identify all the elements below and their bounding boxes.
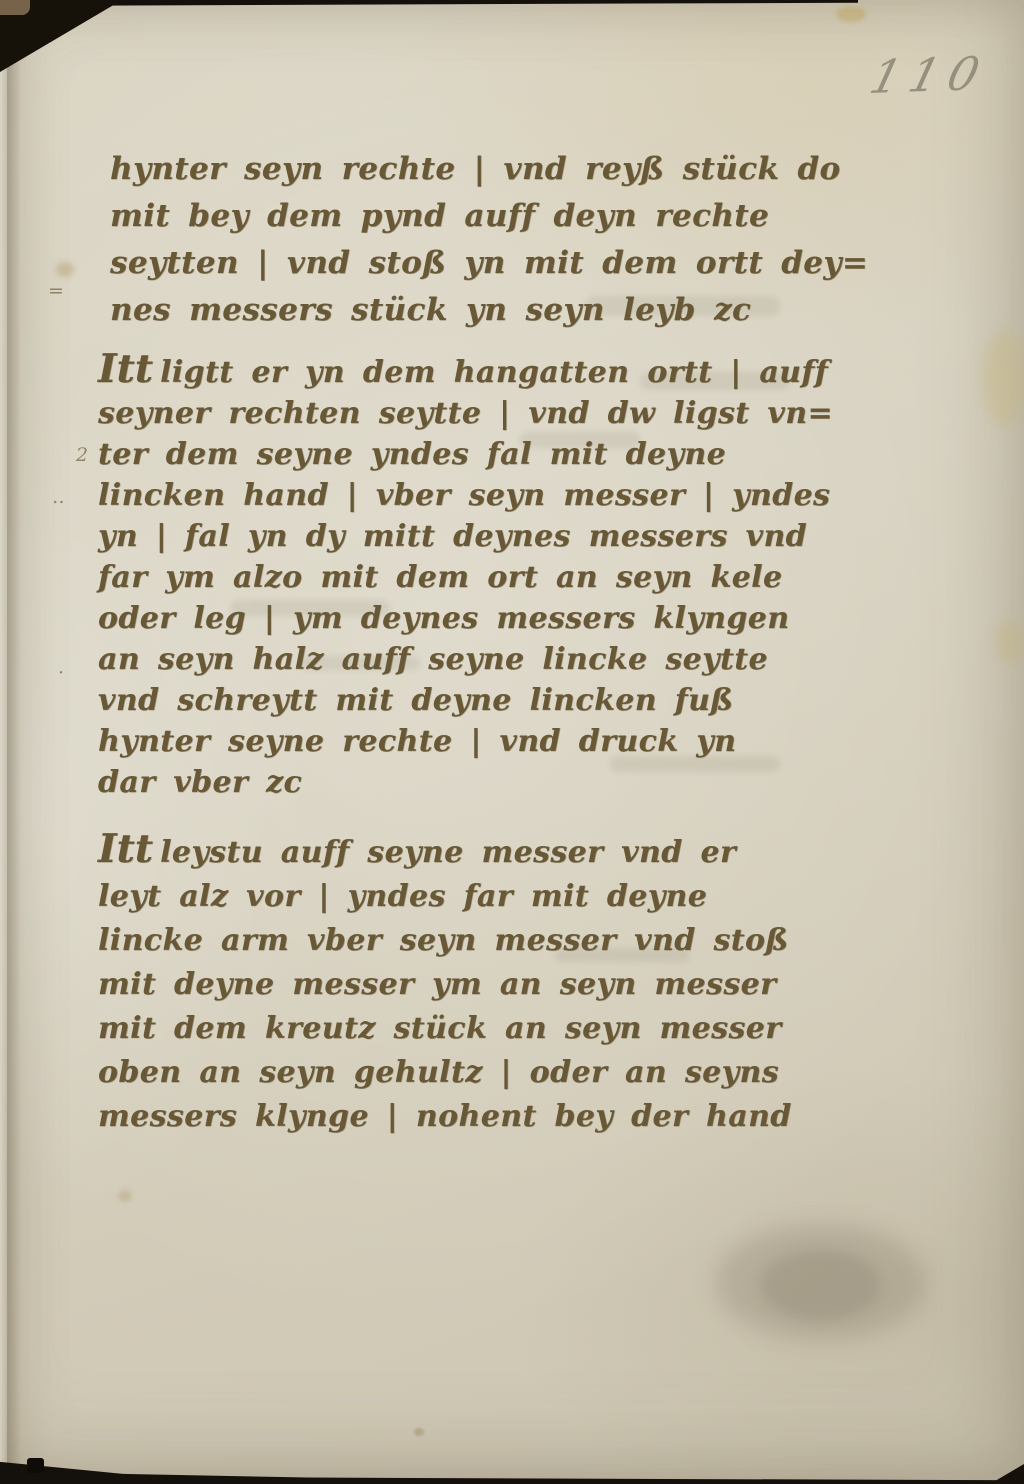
text-line: messers klynge | nohent bey der hand (98, 1095, 792, 1139)
text-line: Ittligtt er yn dem hangatten ortt | auff (98, 349, 833, 393)
text-line: mit deyne messer ym an seyn messer (98, 963, 792, 1007)
binding-tab (27, 1458, 44, 1473)
text-line: ter dem seyne yndes fal mit deyne (98, 434, 833, 475)
text-line: seyner rechten seytte | vnd dw ligst vn= (98, 393, 833, 434)
manuscript-photo: 110 hynter seyn rechte | vnd reyß stück … (0, 0, 1024, 1484)
text-line: oder leg | ym deynes messers klyngen (98, 598, 833, 639)
paragraph-3: Ittleystu auff seyne messer vnd erleyt a… (98, 827, 792, 1139)
text-line: an seyn halz auff seyne lincke seytte (98, 639, 833, 680)
paragraph-1: hynter seyn rechte | vnd reyß stück domi… (110, 146, 868, 334)
margin-mark: ‥ (52, 486, 65, 508)
text-line: seytten | vnd stoß yn mit dem ortt dey= (110, 240, 868, 287)
text-line: nes messers stück yn seyn leyb zc (110, 287, 868, 334)
text-line: vnd schreytt mit deyne lincken fuß (98, 680, 833, 721)
stain (414, 1428, 424, 1436)
stain (56, 262, 74, 277)
stain (836, 6, 866, 22)
margin-mark: 2 (76, 444, 88, 466)
text-line: mit dem kreutz stück an seyn messer (98, 1007, 792, 1051)
text-line: lincken hand | vber seyn messer | yndes (98, 475, 833, 516)
paragraph-initial: Itt (98, 826, 153, 872)
gutter-crease (7, 0, 21, 1484)
text-line: mit bey dem pynd auff deyn rechte (110, 193, 868, 240)
text-line: far ym alzo mit dem ort an seyn kele (98, 557, 833, 598)
binding-edge-bottom (0, 1461, 1024, 1484)
text-line: Ittleystu auff seyne messer vnd er (98, 827, 792, 875)
text-line: lincke arm vber seyn messer vnd stoß (98, 919, 792, 963)
text-line: dar vber zc (98, 762, 833, 803)
folio-number: 110 (865, 46, 994, 104)
binding-edge-top (0, 0, 858, 6)
paragraph-2: Ittligtt er yn dem hangatten ortt | auff… (98, 349, 833, 803)
text-line: hynter seyne rechte | vnd druck yn (98, 721, 833, 762)
text-line: oben an seyn gehultz | oder an seyns (98, 1051, 792, 1095)
binding-cloth (0, 0, 30, 15)
text-line: yn | fal yn dy mitt deynes messers vnd (98, 516, 833, 557)
stain (994, 620, 1024, 664)
text-line: hynter seyn rechte | vnd reyß stück do (110, 146, 868, 193)
manuscript-page: 110 hynter seyn rechte | vnd reyß stück … (0, 0, 1024, 1484)
margin-mark: · (58, 662, 64, 684)
margin-mark: = (48, 280, 64, 302)
text-line: leyt alz vor | yndes far mit deyne (98, 875, 792, 919)
stain (118, 1190, 132, 1202)
stain (760, 1250, 880, 1320)
stain (982, 330, 1024, 426)
paragraph-initial: Itt (98, 346, 153, 392)
